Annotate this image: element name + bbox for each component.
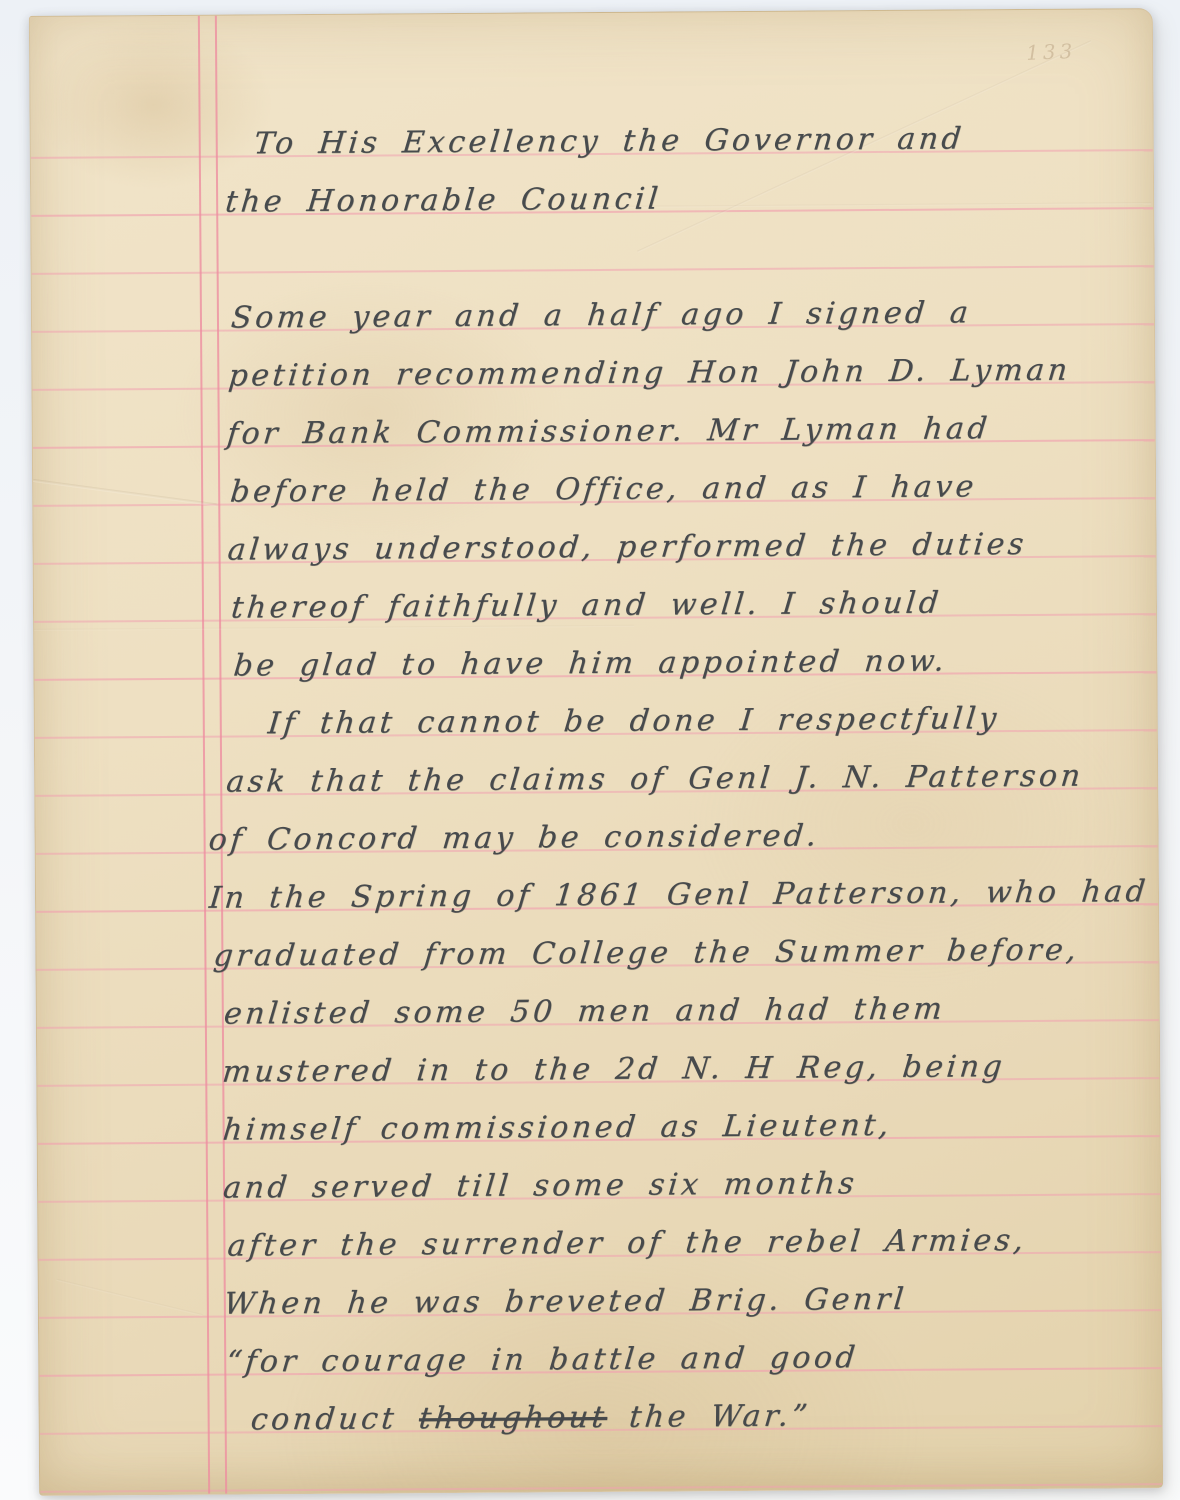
handwritten-line: himself commissioned as Lieutent, (221, 1105, 894, 1152)
handwritten-line: petition recommending Hon John D. Lyman (227, 350, 1073, 398)
handwritten-line: graduated from College the Summer before… (212, 930, 1082, 978)
handwritten-line: always understood, performed the duties (226, 524, 1029, 572)
handwritten-line: of Concord may be considered. (207, 815, 822, 861)
faint-page-number: 133 (1026, 39, 1077, 65)
handwritten-line: “for courage in battle and good (224, 1337, 860, 1383)
handwritten-line: To His Excellency the Governor and (252, 118, 966, 165)
letter-page: 133 To His Excellency the Governor andth… (29, 8, 1163, 1496)
handwritten-line: for Bank Commissioner. Mr Lyman had (225, 408, 992, 455)
handwritten-line: mustered in to the 2d N. H Reg, being (220, 1046, 1007, 1093)
crease-bottom-left (56, 1279, 202, 1316)
handwritten-line: be glad to have him appointed now. (232, 641, 950, 688)
handwritten-line: and served till some six months (221, 1163, 859, 1209)
handwritten-line: In the Spring of 1861 Genl Patterson, wh… (207, 871, 1150, 920)
handwritten-line: enlisted some 50 men and had them (222, 989, 947, 1036)
handwritten-line: ask that the claims of Genl J. N. Patter… (224, 756, 1085, 804)
margin-line-left (198, 16, 210, 1494)
handwritten-line: Some year and a half ago I signed a (229, 292, 973, 339)
handwritten-line: after the surrender of the rebel Armies, (226, 1220, 1029, 1268)
scan-background: 133 To His Excellency the Governor andth… (0, 0, 1180, 1500)
handwritten-line: conduct thoughout the War.” (249, 1396, 813, 1442)
crease-left-fold (33, 479, 217, 506)
handwritten-line: When he was breveted Brig. Genrl (222, 1279, 909, 1326)
handwritten-line: the Honorable Council (223, 179, 663, 224)
pen-strike-mark: thoughout (417, 1400, 609, 1436)
handwritten-line: thereof faithfully and well. I should (229, 583, 944, 630)
handwritten-line: before held the Office, and as I have (228, 466, 979, 513)
handwritten-line: If that cannot be done I respectfully (266, 698, 1002, 745)
margin-line-right (215, 16, 227, 1494)
